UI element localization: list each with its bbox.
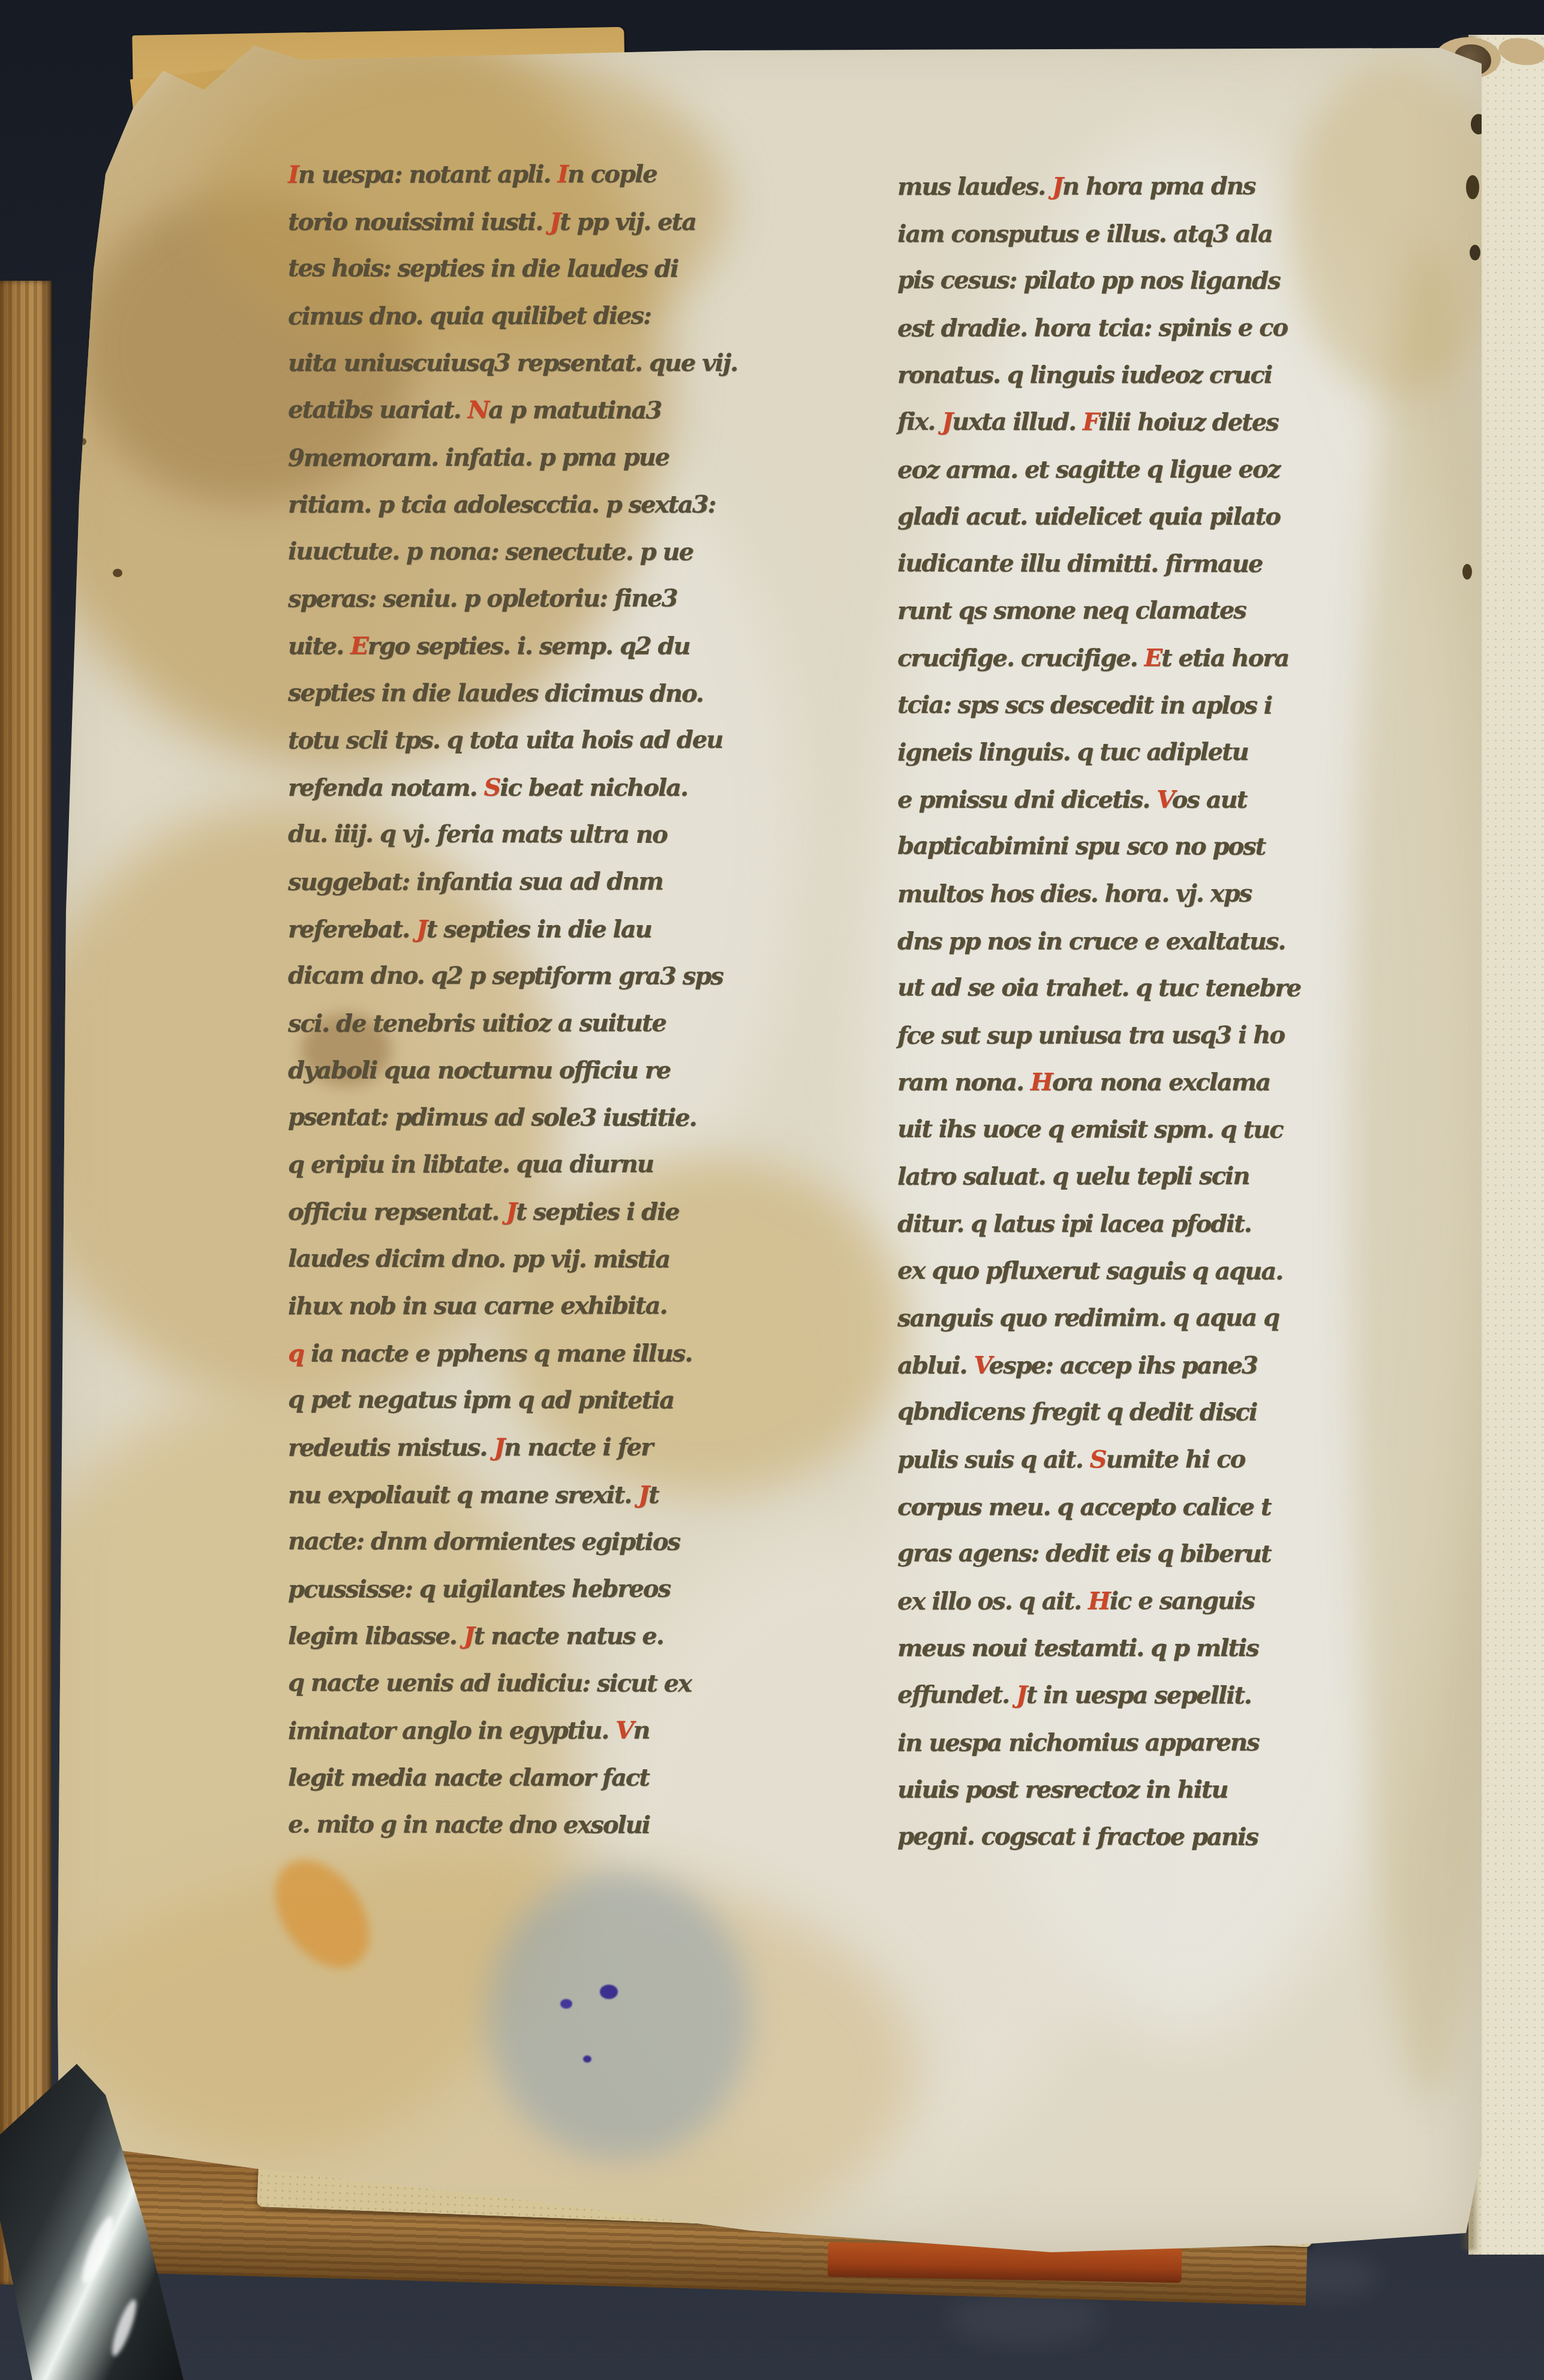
rubricated-letter: q [288,1339,304,1367]
manuscript-line: fix. Juxta illud. Filii hoiuz detes [897,398,1389,446]
manuscript-line: pegni. cogscat i fractoe panis [897,1813,1389,1861]
manuscript-line: tes hois: septies in die laudes di [288,245,762,293]
manuscript-line: officiu repsentat. Jt septies i die [288,1189,762,1236]
manuscript-line: sci. de tenebris uitioz a suitute [288,1000,762,1048]
manuscript-line: q eripiu in libtate. qua diurnu [288,1141,762,1189]
manuscript-line: laudes dicim dno. pp vij. mistia [288,1235,762,1283]
manuscript-line: speras: seniu. p opletoriu: fine3 [288,575,762,623]
rubricated-letter: I [288,161,298,189]
rubricated-letter: J [942,407,952,436]
manuscript-line: dicam dno. q2 p septiform gra3 sps [288,952,762,1000]
metal-glint-icon [77,2213,118,2286]
manuscript-line: bapticabimini spu sco no post [897,823,1389,871]
manuscript-line: refenda notam. Sic beat nichola. [288,764,762,812]
rubricated-letter: J [1016,1681,1026,1709]
manuscript-line: ritiam. p tcia adolescctia. p sexta3: [288,481,762,529]
blue-ink-dot [600,1985,618,1999]
manuscript-line: In uespa: notant apli. In cople [288,151,762,199]
manuscript-line: q pet negatus ipm q ad pnitetia [288,1377,762,1425]
manuscript-line: runt qs smone neq clamates [897,587,1389,635]
rubricated-letter: V [1157,785,1171,814]
manuscript-line: effundet. Jt in uespa sepellit. [897,1671,1389,1719]
manuscript-line: iam consputus e illus. atq3 ala [897,211,1389,258]
manuscript-line: 9memoram. infatia. p pma pue [288,434,762,482]
rubricated-letter: J [638,1481,648,1509]
manuscript-line: latro saluat. q uelu tepli scin [897,1153,1389,1201]
rubricated-letter: V [974,1351,989,1379]
wormhole [1462,564,1472,580]
manuscript-line: e. mito g in nacte dno exsolui [288,1801,762,1849]
manuscript-line: etatibs uariat. Na p matutina3 [288,386,762,434]
manuscript-line: est dradie. hora tcia: spinis e co [897,304,1389,352]
manuscript-line: iuuctute. p nona: senectute. p ue [288,528,762,576]
wormhole [1470,245,1480,260]
manuscript-line: pulis suis q ait. Sumite hi co [897,1436,1389,1484]
manuscript-line: gladi acut. uidelicet quia pilato [897,493,1389,541]
rubricated-letter: F [1083,408,1099,436]
manuscript-line: eoz arma. et sagitte q ligue eoz [897,446,1389,494]
manuscript-line: q nacte uenis ad iudiciu: sicut ex [288,1659,762,1707]
manuscript-line: pcussisse: q uigilantes hebreos [288,1565,762,1613]
right-text-column: mus laudes. Jn hora pma dnsiam consputus… [897,163,1389,1860]
manuscript-line: nacte: dnm dormientes egiptios [288,1518,762,1566]
manuscript-line: in uespa nichomius apparens [897,1719,1389,1767]
manuscript-line: torio nouissimi iusti. Jt pp vij. eta [288,199,762,246]
manuscript-line: ut ad se oia trahet. q tuc tenebre [897,964,1389,1012]
manuscript-line: totu scli tps. q tota uita hois ad deu [288,716,762,764]
manuscript-photo: { "manuscript": { "description_label": "… [0,0,1544,2380]
manuscript-line: uit ihs uoce q emisit spm. q tuc [897,1106,1389,1154]
metal-glint-icon [108,2297,141,2358]
manuscript-line: sanguis quo redimim. q aqua q [897,1295,1389,1343]
manuscript-line: ram nona. Hora nona exclama [897,1059,1389,1106]
rubricated-letter: J [506,1197,516,1226]
manuscript-line: ex illo os. q ait. Hic e sanguis [897,1577,1389,1625]
blue-ink-stain [487,1872,751,2160]
wood-board [0,281,52,2285]
table-scuff [948,2292,1104,2346]
manuscript-line: fce sut sup uniusa tra usq3 i ho [897,1012,1389,1060]
dark-speck [113,569,122,577]
manuscript-line: redeutis mistus. Jn nacte i fer [288,1424,762,1472]
rubricated-letter: J [416,915,426,943]
manuscript-line: pis cesus: pilato pp nos ligands [897,257,1389,305]
manuscript-line: legim libasse. Jt nacte natus e. [288,1613,762,1660]
left-text-column: In uespa: notant apli. In copletorio nou… [288,151,762,1848]
manuscript-line: multos hos dies. hora. vj. xps [897,870,1389,918]
rubricated-letter: S [1089,1445,1106,1473]
manuscript-line: iminator anglo in egyptiu. Vn [288,1707,762,1755]
manuscript-line: legit media nacte clamor fact [288,1754,762,1802]
rubricated-letter: J [549,208,560,236]
manuscript-line: septies in die laudes dicimus dno. [288,670,762,718]
manuscript-line: dyaboli qua nocturnu officiu re [288,1047,762,1094]
manuscript-line: tcia: sps scs descedit in aplos i [897,682,1389,730]
manuscript-line: ditur. q latus ipi lacea pfodit. [897,1200,1389,1248]
blue-ink-dot [583,2055,591,2063]
manuscript-line: nu expoliauit q mane srexit. Jt [288,1472,762,1519]
rubricated-letter: N [467,396,488,424]
rubricated-letter: J [494,1433,504,1461]
manuscript-line: e pmissu dni dicetis. Vos aut [897,776,1389,824]
rubricated-letter: E [1144,644,1161,672]
rubricated-letter: E [350,632,368,660]
manuscript-line: mus laudes. Jn hora pma dns [897,163,1389,211]
manuscript-line: meus noui testamti. q p mltis [897,1625,1389,1672]
manuscript-line: cimus dno. quia quilibet dies: [288,292,762,340]
manuscript-line: ihux nob in sua carne exhibita. [288,1283,762,1331]
wormhole [1466,175,1479,199]
manuscript-line: gras agens: dedit eis q biberut [897,1530,1389,1578]
manuscript-line: igneis linguis. q tuc adipletu [897,728,1389,776]
manuscript-line: qbndicens fregit q dedit disci [897,1389,1389,1437]
rubricated-letter: I [557,160,567,188]
rubricated-letter: H [1031,1068,1052,1096]
manuscript-line: uiuis post resrectoz in hitu [897,1766,1389,1814]
manuscript-line: corpus meu. q accepto calice t [897,1484,1389,1531]
manuscript-line: psentat: pdimus ad sole3 iustitie. [288,1094,762,1142]
manuscript-line: du. iiij. q vj. feria mats ultra no [288,811,762,859]
rubricated-letter: J [1052,172,1062,200]
rubricated-letter: J [464,1622,474,1650]
dark-speck [79,438,86,445]
manuscript-line: ablui. Vespe: accep ihs pane3 [897,1342,1389,1389]
rubricated-letter: H [1088,1587,1110,1615]
manuscript-line: iudicante illu dimitti. firmaue [897,540,1389,588]
manuscript-line: dns pp nos in cruce e exaltatus. [897,918,1389,965]
rubricated-letter: V [615,1716,633,1744]
manuscript-line: crucifige. crucifige. Et etia hora [897,635,1389,682]
manuscript-line: suggebat: infantia sua ad dnm [288,858,762,906]
manuscript-line: referebat. Jt septies in die lau [288,906,762,953]
manuscript-line: ronatus. q linguis iudeoz cruci [897,352,1389,399]
manuscript-line: uite. Ergo septies. i. semp. q2 du [288,623,762,670]
manuscript-page: In uespa: notant apli. In copletorio nou… [43,24,1483,2262]
blue-ink-dot [560,1999,572,2009]
manuscript-line: ex quo pfluxerut saguis q aqua. [897,1247,1389,1295]
rubricated-letter: S [483,773,500,802]
manuscript-line: uita uniuscuiusq3 repsentat. que vij. [288,340,762,387]
manuscript-line: q ia nacte e pphens q mane illus. [288,1330,762,1377]
